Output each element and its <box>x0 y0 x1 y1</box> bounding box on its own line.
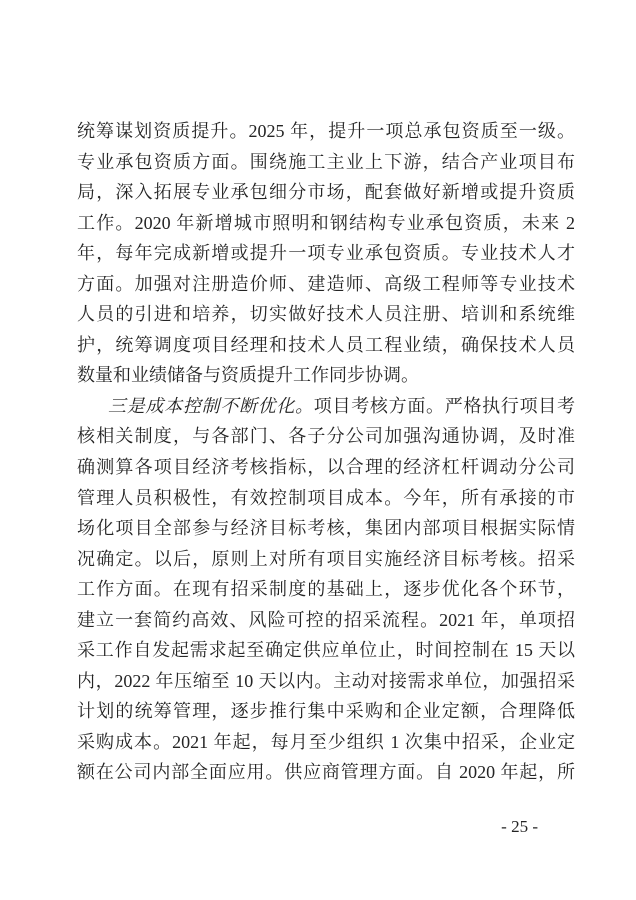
text-line: 核相关制度，与各部门、各子分公司加强沟通协调，及时准 <box>77 421 575 452</box>
text-line: 建立一套简约高效、风险可控的招采流程。2021 年，单项招 <box>77 605 575 636</box>
text-line: 场化项目全部参与经济目标考核，集团内部项目根据实际情 <box>77 513 575 544</box>
text-line: 管理人员积极性，有效控制项目成本。今年，所有承接的市 <box>77 483 575 514</box>
text-line: 工作方面。在现有招采制度的基础上，逐步优化各个环节， <box>77 574 575 605</box>
text-line: 采工作自发起需求起至确定供应单位止，时间控制在 15 天以 <box>77 635 575 666</box>
text-line: 人员的引进和培养，切实做好技术人员注册、培训和系统维 <box>77 299 575 330</box>
text-line: 确测算各项目经济考核指标，以合理的经济杠杆调动分公司 <box>77 452 575 483</box>
text-line: 采购成本。2021 年起，每月至少组织 1 次集中招采，企业定 <box>77 727 575 758</box>
text-line: 专业承包资质方面。围绕施工主业上下游，结合产业项目布 <box>77 147 575 178</box>
text-line: 护，统筹调度项目经理和技术人员工程业绩，确保技术人员 <box>77 330 575 361</box>
text-line: 数量和业绩储备与资质提升工作同步协调。 <box>77 360 575 391</box>
text-line: 三是成本控制不断优化。项目考核方面。严格执行项目考 <box>77 391 575 422</box>
text-line: 方面。加强对注册造价师、建造师、高级工程师等专业技术 <box>77 269 575 300</box>
text-line: 年，每年完成新增或提升一项专业承包资质。专业技术人才 <box>77 238 575 269</box>
paragraph-lead-rest: 项目考核方面。严格执行项目考 <box>314 396 575 416</box>
page-number: - 25 - <box>501 816 538 838</box>
body-text: 统筹谋划资质提升。2025 年，提升一项总承包资质至一级。 专业承包资质方面。围… <box>77 116 575 788</box>
document-page: 统筹谋划资质提升。2025 年，提升一项总承包资质至一级。 专业承包资质方面。围… <box>0 0 636 900</box>
text-line: 局，深入拓展专业承包细分市场，配套做好新增或提升资质 <box>77 177 575 208</box>
text-line: 内，2022 年压缩至 10 天以内。主动对接需求单位，加强招采 <box>77 666 575 697</box>
text-line: 额在公司内部全面应用。供应商管理方面。自 2020 年起，所 <box>77 757 575 788</box>
text-line: 统筹谋划资质提升。2025 年，提升一项总承包资质至一级。 <box>77 116 575 147</box>
text-line: 工作。2020 年新增城市照明和钢结构专业承包资质，未来 2 <box>77 208 575 239</box>
text-line: 况确定。以后，原则上对所有项目实施经济目标考核。招采 <box>77 544 575 575</box>
text-line: 计划的统筹管理，逐步推行集中采购和企业定额，合理降低 <box>77 696 575 727</box>
paragraph-lead-kai: 三是成本控制不断优化。 <box>108 396 314 416</box>
